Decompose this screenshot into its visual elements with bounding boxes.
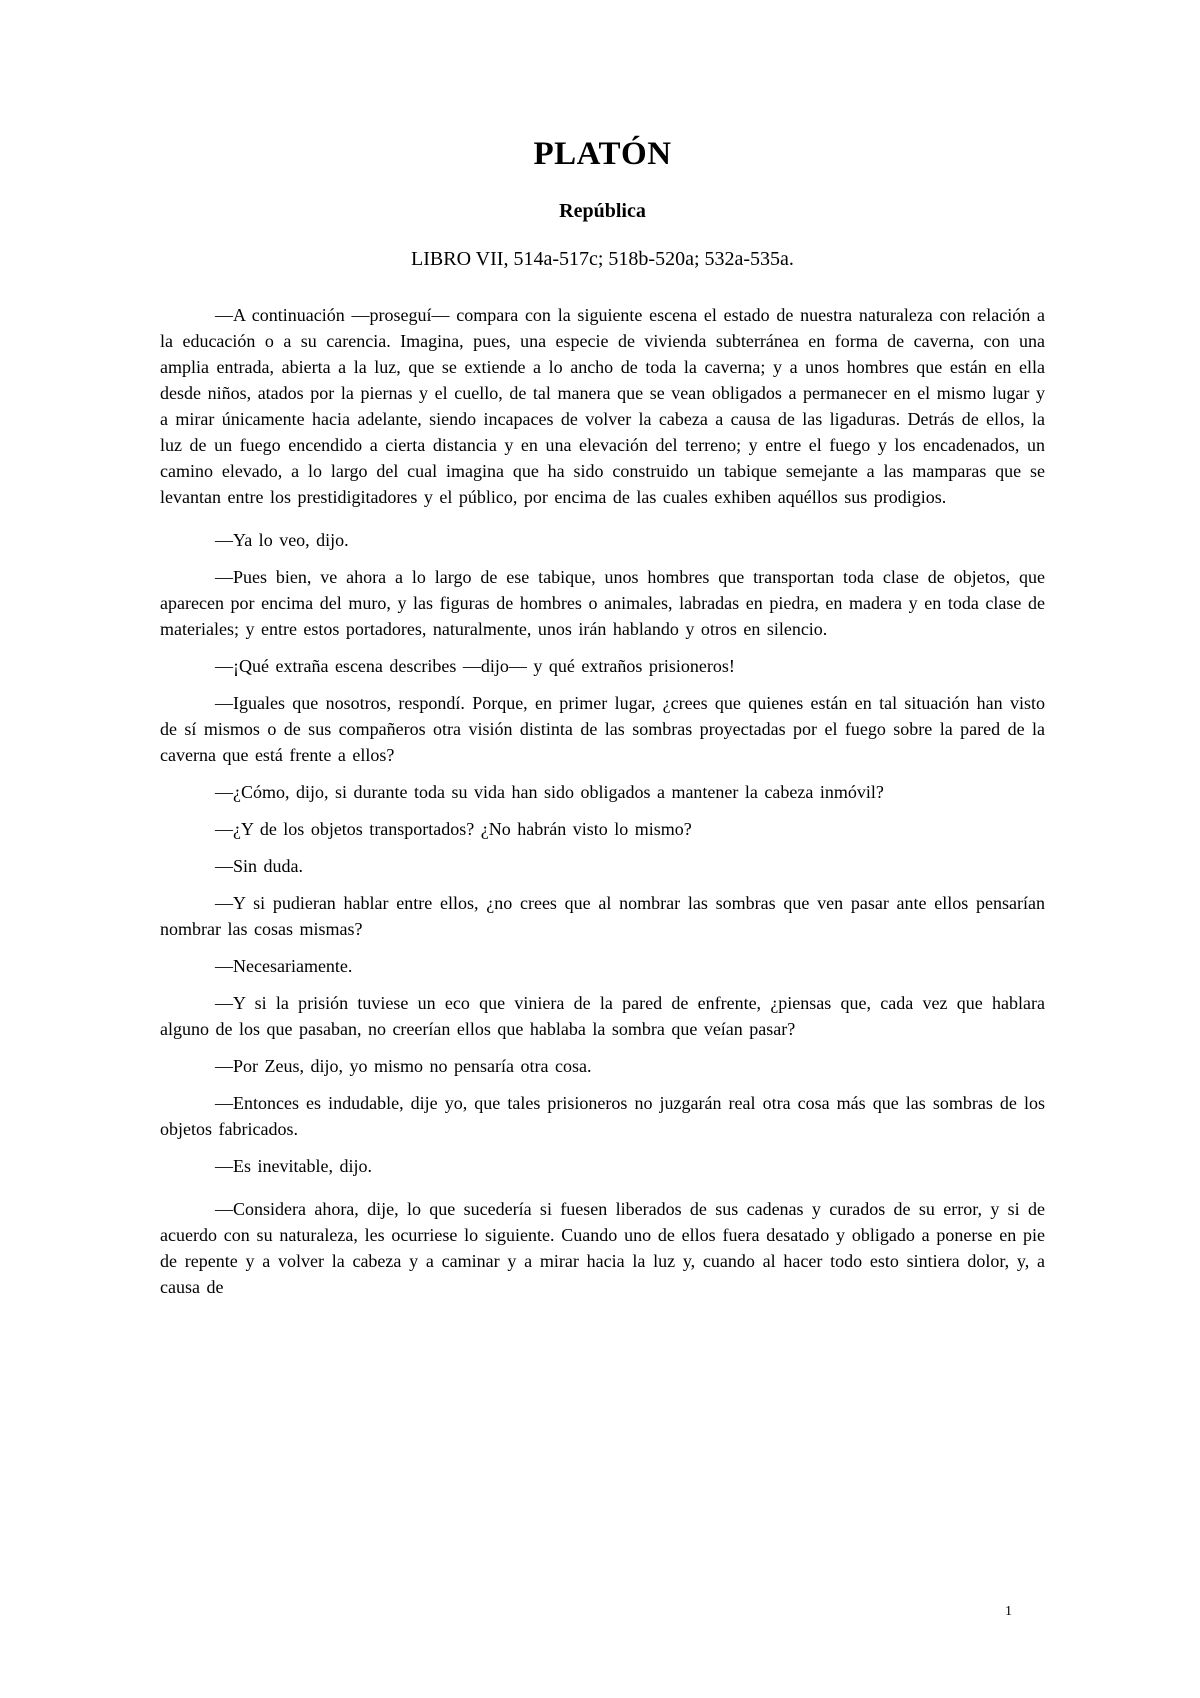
page-number: 1 <box>1005 1604 1012 1620</box>
document-subtitle: República <box>160 200 1045 223</box>
paragraph-dialogue-10: —Necesariamente. <box>160 953 1045 979</box>
paragraph-dialogue-9: —Y si pudieran hablar entre ellos, ¿no c… <box>160 890 1045 942</box>
paragraph-dialogue-14: —Es inevitable, dijo. <box>160 1153 1045 1179</box>
paragraph-dialogue-13: —Entonces es indudable, dije yo, que tal… <box>160 1090 1045 1142</box>
paragraph-dialogue-2: —Ya lo veo, dijo. <box>160 527 1045 553</box>
paragraph-narration-15: —Considera ahora, dije, lo que sucedería… <box>160 1196 1045 1300</box>
paragraph-dialogue-6: —¿Cómo, dijo, si durante toda su vida ha… <box>160 779 1045 805</box>
paragraph-dialogue-8: —Sin duda. <box>160 853 1045 879</box>
paragraph-dialogue-5: —Iguales que nosotros, respondí. Porque,… <box>160 690 1045 768</box>
paragraph-dialogue-11: —Y si la prisión tuviese un eco que vini… <box>160 990 1045 1042</box>
paragraph-dialogue-12: —Por Zeus, dijo, yo mismo no pensaría ot… <box>160 1053 1045 1079</box>
section-heading: LIBRO VII, 514a-517c; 518b-520a; 532a-53… <box>160 248 1045 271</box>
paragraph-dialogue-4: —¡Qué extraña escena describes —dijo— y … <box>160 653 1045 679</box>
paragraph-dialogue-7: —¿Y de los objetos transportados? ¿No ha… <box>160 816 1045 842</box>
paragraph-dialogue-3: —Pues bien, ve ahora a lo largo de ese t… <box>160 564 1045 642</box>
document-page: PLATÓN República LIBRO VII, 514a-517c; 5… <box>0 0 1200 1698</box>
page-title: PLATÓN <box>160 136 1045 173</box>
paragraph-narration-1: —A continuación —proseguí— compara con l… <box>160 302 1045 510</box>
